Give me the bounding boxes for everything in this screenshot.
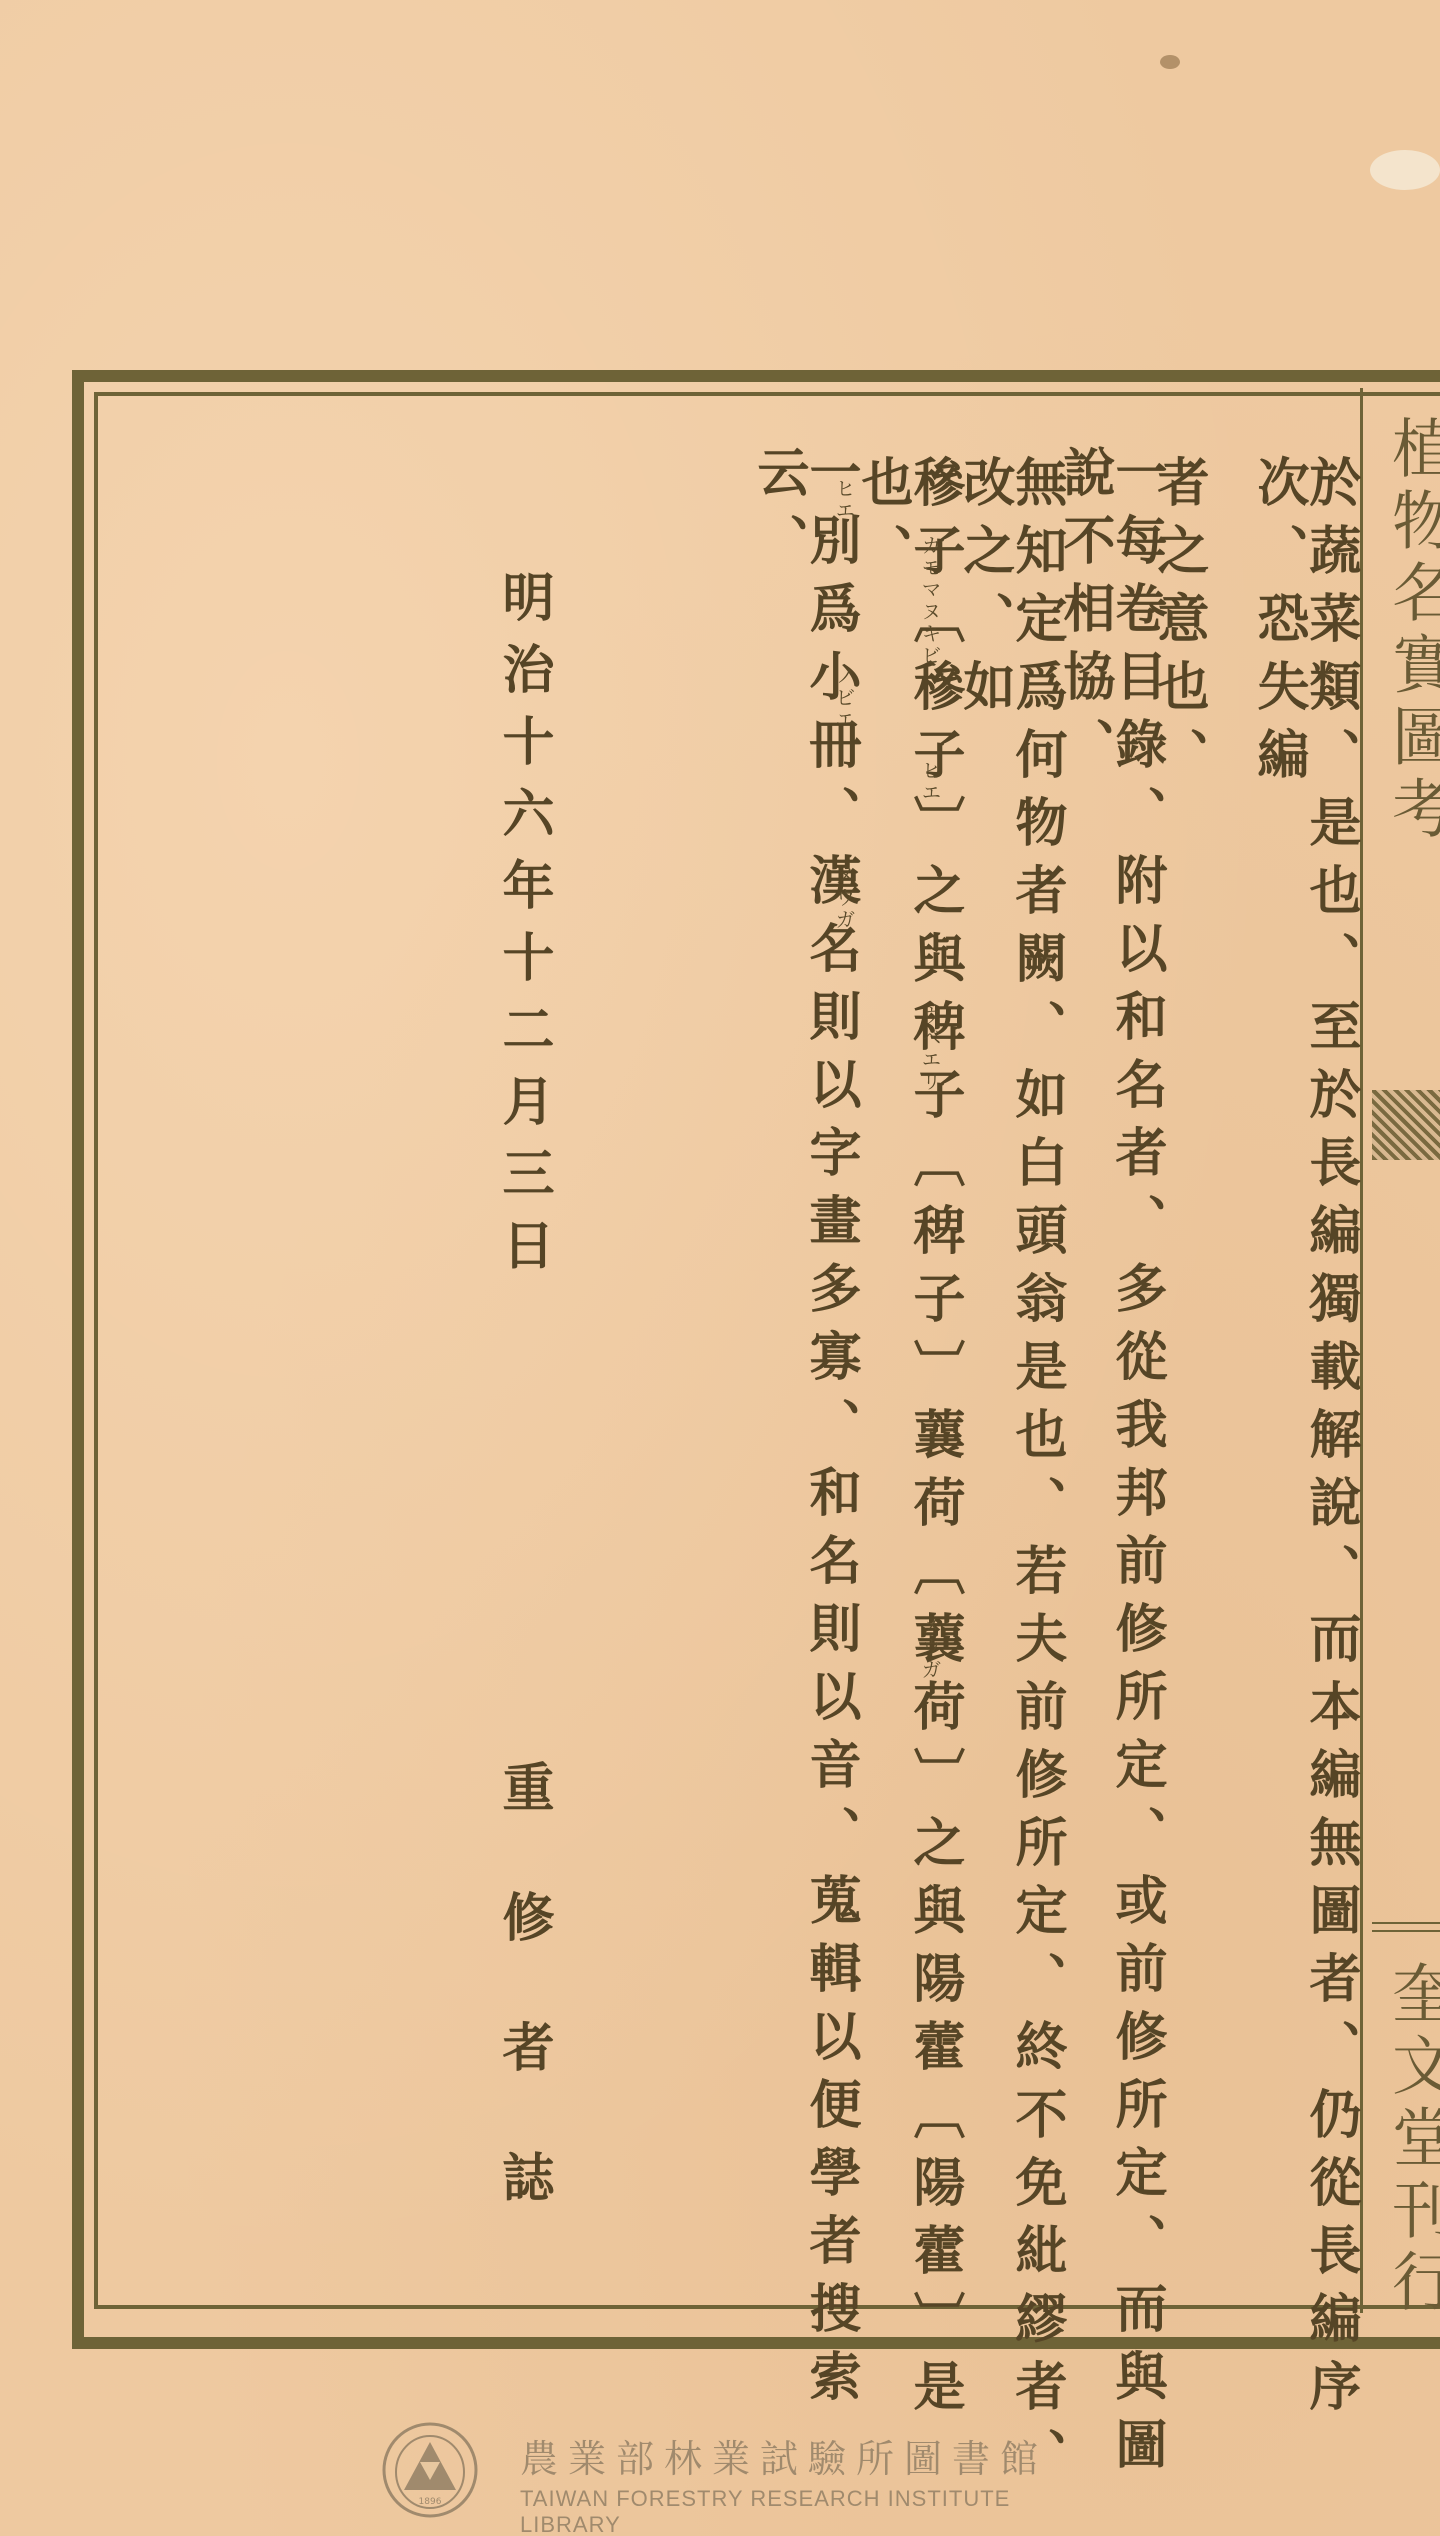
library-seal-icon: 1896 [380, 2420, 480, 2520]
signature: 重修者誌 [486, 1760, 561, 2280]
book-page: 植物名實圖考 奎文堂刊行 於蔬菜類、是也、至於長編獨載解說、而本編無圖者、仍從長… [0, 0, 1440, 2536]
date-line: 明治十六年十二月三日 [486, 570, 561, 1290]
text-column: 一每卷目錄、附以和名者、多從我邦前修所定、或前修所定、而與圖說不相協、 [1058, 445, 1162, 2536]
text-column: 於蔬菜類、是也、至於長編獨載解說、而本編無圖者、仍從長編序次、恐失編 [1252, 455, 1356, 2536]
spine-ornament-icon [1372, 1090, 1440, 1160]
ruby-annotation: メウガ [916, 1615, 945, 1681]
library-name-english: TAIWAN FORESTRY RESEARCH INSTITUTE LIBRA… [520, 2486, 1100, 2536]
spine-title: 植物名實圖考 [1372, 415, 1440, 847]
ruby-annotation: ヒエ [916, 760, 945, 804]
spine-separator [1372, 1922, 1440, 1932]
text-column: 無知定爲何物者闕、如白頭翁是也、若夫前修所定、終不免紕繆者、改之、如 [958, 455, 1062, 2536]
ruby-annotation: ヒエ [830, 478, 859, 522]
library-name-chinese: 農業部林業試驗所圖書館 [520, 2428, 1048, 2483]
paper-stain [1370, 150, 1440, 190]
ruby-annotation: ノビエ [830, 665, 859, 731]
paper-stain [1160, 55, 1180, 69]
library-watermark: 1896 農業部林業試驗所圖書館 TAIWAN FORESTRY RESEARC… [380, 2420, 1100, 2520]
ruby-annotation: ウベエリ [916, 1005, 945, 1093]
ruby-annotation: カモマヌキビ [916, 535, 945, 667]
svg-text:1896: 1896 [419, 2497, 442, 2507]
text-column: 一別爲小冊、漢名則以字畫多寡、和名則以音、蒐輯以便學者搜索云、 [752, 445, 856, 2536]
ruby-annotation: メウガ [830, 865, 859, 931]
spine-publisher: 奎文堂刊行 [1372, 1960, 1440, 2320]
